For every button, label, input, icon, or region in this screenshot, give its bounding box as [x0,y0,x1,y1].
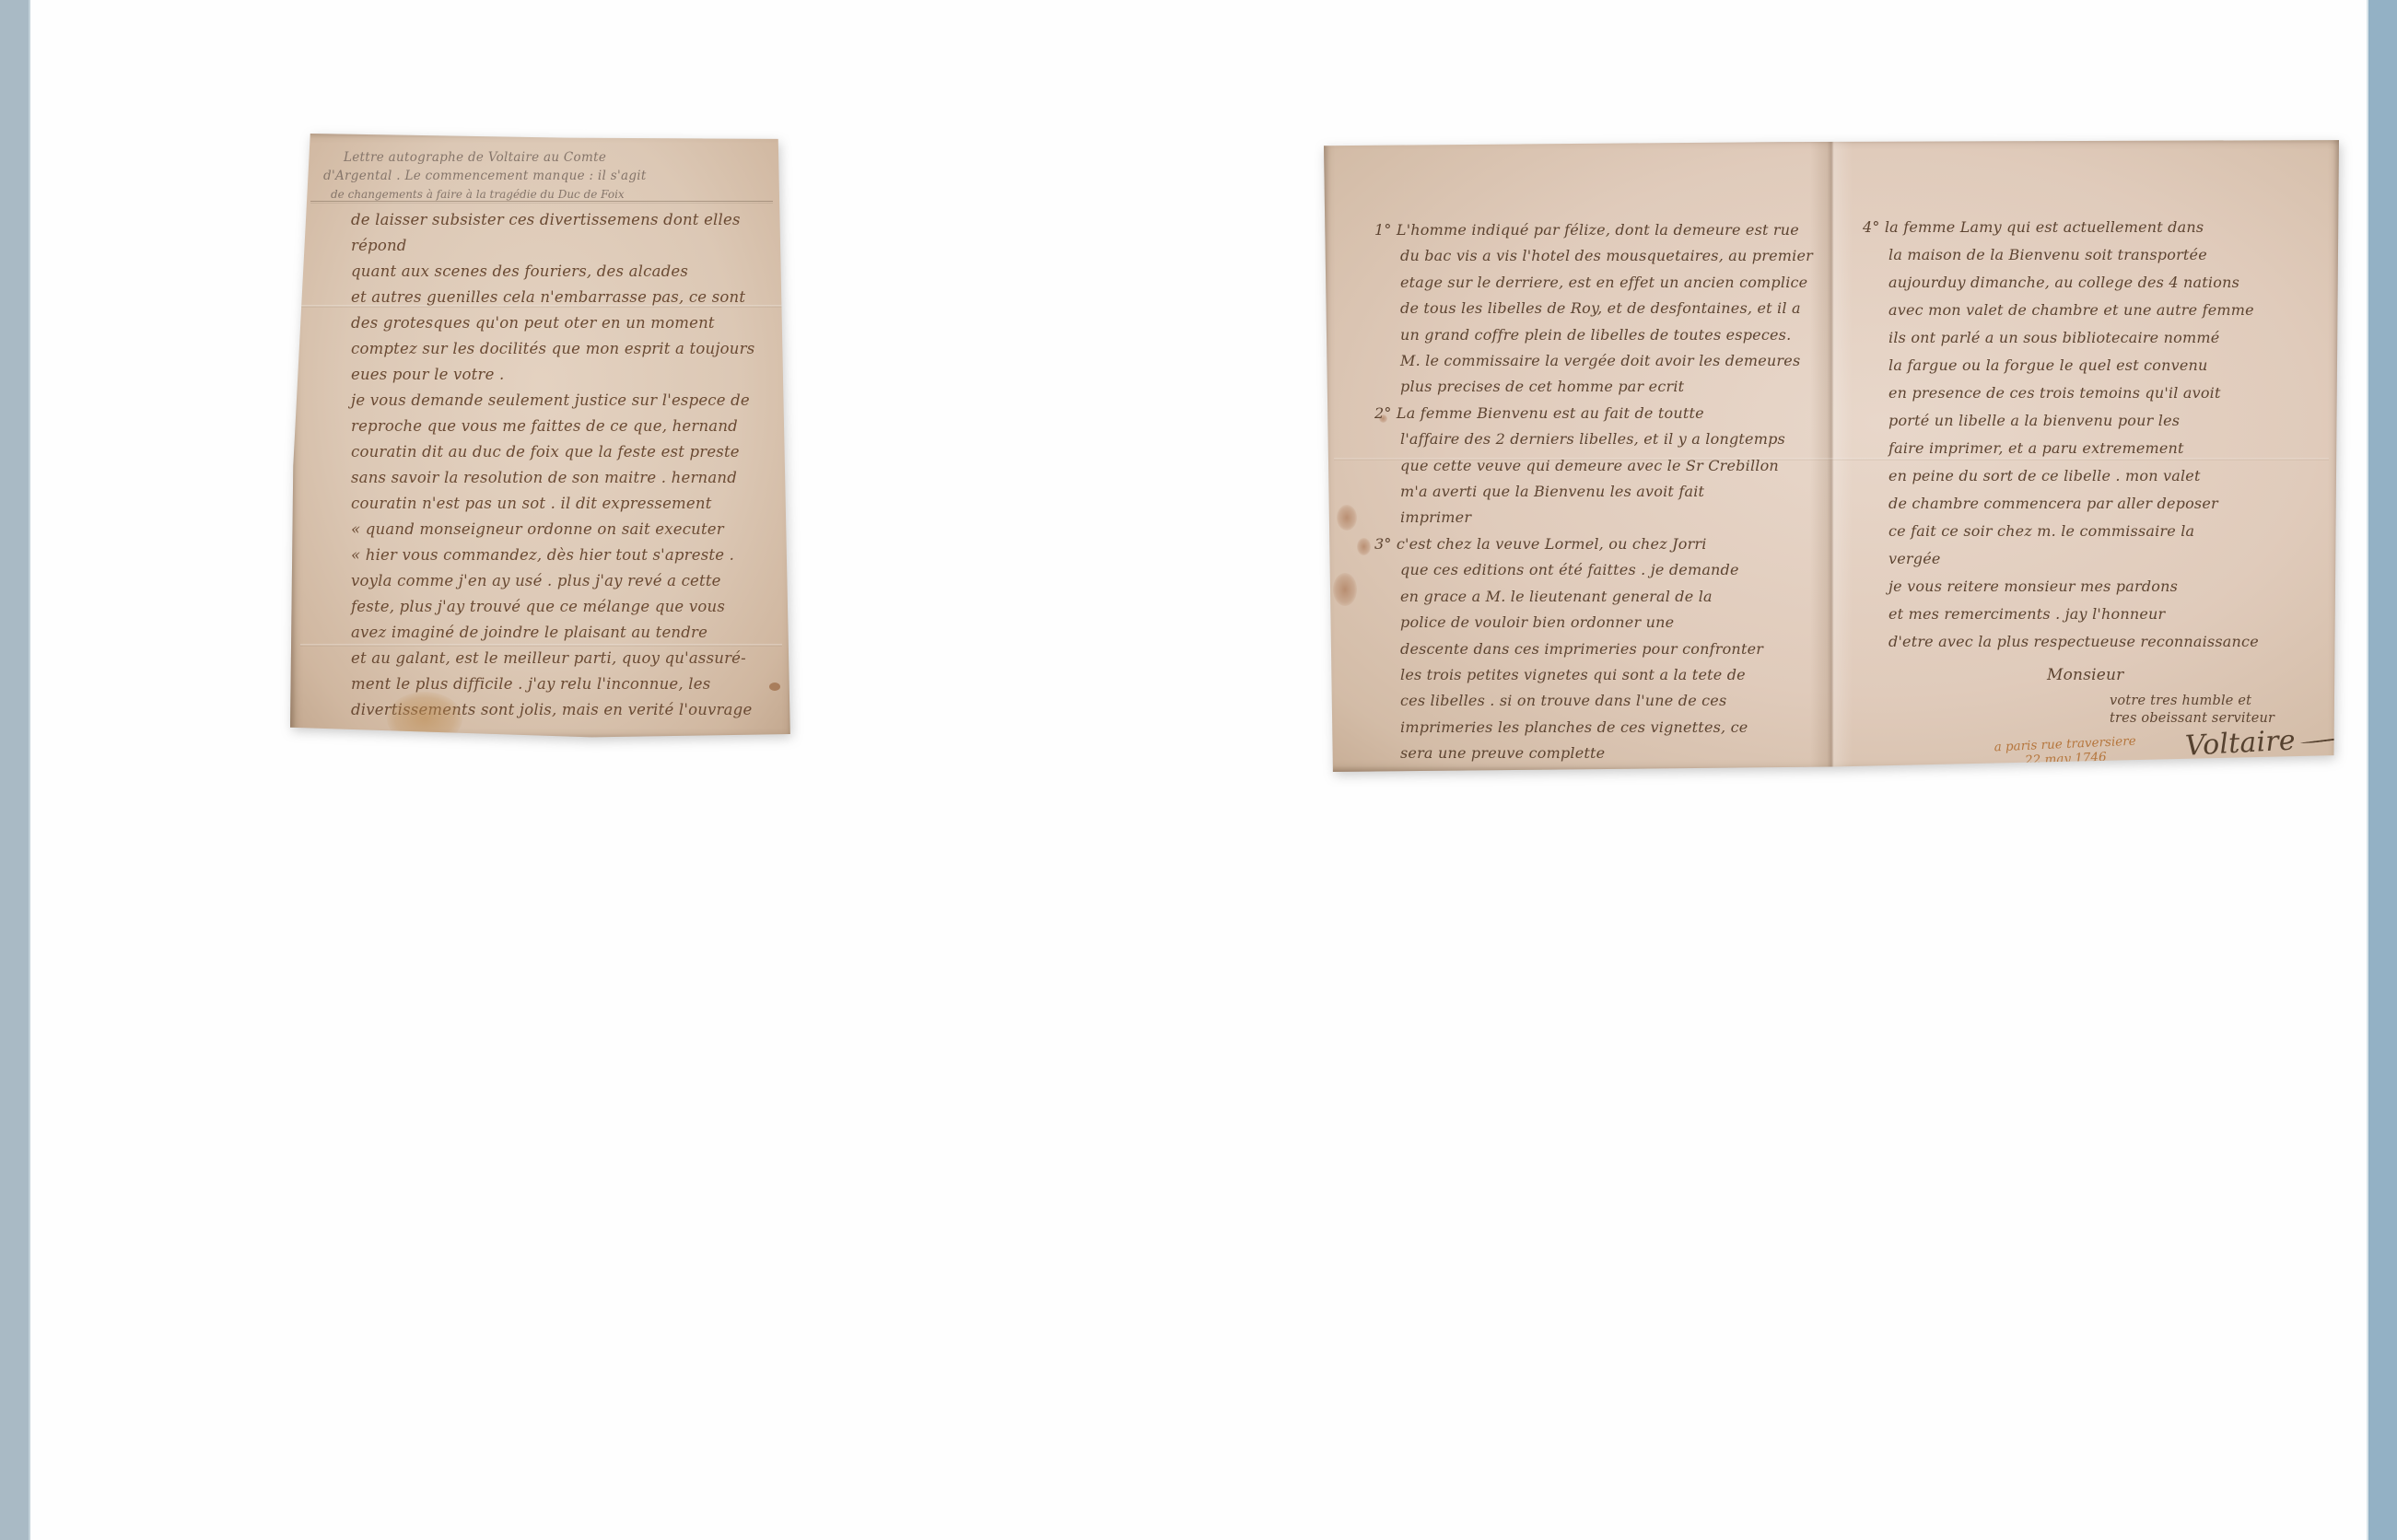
archivist-annotation: Lettre autographe de Voltaire au Comted'… [344,148,777,204]
manuscript-line: couratin dit au duc de foix que la feste… [351,439,786,465]
manuscript-line: eues pour le votre . [351,362,786,388]
foxing-spot [1333,573,1357,606]
manuscript-line: « quand monseigneur ordonne on sait exec… [351,517,786,542]
manuscript-line: comptez sur les docilités que mon esprit… [351,336,786,362]
manuscript-line: ces libelles . si on trouve dans l'une d… [1400,688,1828,714]
manuscript-line: je vous reitere monsieur mes pardons [1888,573,2316,601]
manuscript-line: porté un libelle a la bienvenu pour les [1888,407,2316,435]
manuscript-line: m'a averti que la Bienvenu les avoit fai… [1400,479,1828,505]
left-border-strip [0,0,30,1540]
letter2-right-page: 4° la femme Lamy qui est actuellement da… [1863,214,2316,757]
manuscript-line: que cette veuve qui demeure avec le Sr C… [1400,453,1828,479]
manuscript-line: quant aux scenes des fouriers, des alcad… [351,259,786,285]
manuscript-line: sera une preuve complette [1400,741,1828,766]
manuscript-line: et autres guenilles cela n'embarrasse pa… [351,285,786,310]
manuscript-line: les trois petites vignetes qui sont a la… [1400,662,1828,688]
signature-flourish [2300,734,2357,745]
manuscript-line: d'Argental . Le commencement manque : il… [323,167,777,185]
manuscript-line: reproche que vous me faittes de ce que, … [351,414,786,439]
letter-scan-pages2-3: 1° L'homme indiqué par félize, dont la d… [1324,138,2339,772]
manuscript-line: sans savoir la resolution de son maitre … [351,465,786,491]
salutation: Monsieur [2047,661,2316,689]
manuscript-line: l'affaire des 2 derniers libelles, et il… [1400,426,1828,452]
manuscript-line: que ces editions ont été faittes . je de… [1400,557,1828,583]
manuscript-line: couratin n'est pas un sot . il dit expre… [351,491,786,517]
manuscript-line: 4° la femme Lamy qui est actuellement da… [1863,214,2316,241]
manuscript-line: et mes remerciments . jay l'honneur [1888,601,2316,628]
manuscript-line: des grotesques qu'on peut oter en un mom… [351,310,786,336]
manuscript-line: de tous les libelles de Roy, et de desfo… [1400,296,1828,321]
manuscript-line: imprimer [1400,505,1828,531]
manuscript-line: de chambre commencera par aller deposer [1888,490,2316,518]
manuscript-line: ce fait ce soir chez m. le commissaire l… [1888,518,2316,545]
letter2-paper: 1° L'homme indiqué par félize, dont la d… [1324,138,2339,772]
voltaire-signature: Voltaire [2184,726,2316,760]
manuscript-line: aujourduy dimanche, au college des 4 nat… [1888,269,2316,297]
manuscript-line: en peine du sort de ce libelle . mon val… [1888,462,2316,490]
manuscript-line: plus precises de cet homme par ecrit [1400,374,1828,400]
manuscript-line: imprimeries les planches de ces vignette… [1400,715,1828,741]
manuscript-line: de laisser subsister ces divertissemens … [351,207,786,233]
manuscript-line: votre tres humble et [2110,693,2316,710]
manuscript-line: avez imaginé de joindre le plaisant au t… [351,620,786,646]
manuscript-line: je vous demande seulement justice sur l'… [351,388,786,414]
manuscript-line: ils ont parlé a un sous bibliotecaire no… [1888,324,2316,352]
manuscript-line: descente dans ces imprimeries pour confr… [1400,636,1828,662]
foxing-spot [1337,505,1357,531]
manuscript-line: « hier vous commandez, dès hier tout s'a… [351,542,786,568]
manuscript-line: d'etre avec la plus respectueuse reconna… [1888,628,2316,656]
letter1-manuscript-text: de laisser subsister ces divertissemens … [351,207,786,723]
manuscript-line: M. le commissaire la vergée doit avoir l… [1400,348,1828,374]
manuscript-line: Lettre autographe de Voltaire au Comte [344,148,777,167]
manuscript-line: en grace a M. le lieutenant general de l… [1400,584,1828,610]
manuscript-line: la fargue ou la forgue le quel est conve… [1888,352,2316,379]
manuscript-line: la maison de la Bienvenu soit transporté… [1888,241,2316,269]
signature-text: Voltaire [2184,724,2296,762]
letter2-left-page-text: 1° L'homme indiqué par félize, dont la d… [1374,217,1828,767]
right-border-strip [2367,0,2397,1540]
letter1-paper: Lettre autographe de Voltaire au Comted'… [290,132,792,740]
ink-fleck [769,682,780,691]
manuscript-line: 3° c'est chez la veuve Lormel, ou chez J… [1374,531,1828,557]
manuscript-line: faire imprimer, et a paru extremement [1888,435,2316,462]
letter-scan-page1: Lettre autographe de Voltaire au Comted'… [290,132,792,740]
manuscript-line: 1° L'homme indiqué par félize, dont la d… [1374,217,1828,243]
catalog-page: Lettre autographe de Voltaire au Comted'… [0,0,2397,1540]
manuscript-line: avec mon valet de chambre et une autre f… [1888,297,2316,324]
manuscript-line: 2° La femme Bienvenu est au fait de tout… [1374,401,1828,426]
manuscript-line: un grand coffre plein de libelles de tou… [1400,322,1828,348]
manuscript-line: feste, plus j'ay trouvé que ce mélange q… [351,594,786,620]
valediction: votre tres humble ettres obeissant servi… [2084,693,2316,728]
manuscript-line: etage sur le derriere, est en effet un a… [1400,270,1828,296]
manuscript-line: du bac vis a vis l'hotel des mousquetair… [1400,243,1828,269]
paper-stain [387,692,462,745]
manuscript-line: voyla comme j'en ay usé . plus j'ay revé… [351,568,786,594]
manuscript-line: répond [351,233,786,259]
annotation-divider [310,201,773,202]
manuscript-line: en presence de ces trois temoins qu'il a… [1888,379,2316,407]
manuscript-line: vergée [1888,545,2316,573]
manuscript-line: et au galant, est le meilleur parti, quo… [351,646,786,671]
letter2-right-page-text: 4° la femme Lamy qui est actuellement da… [1863,214,2316,656]
manuscript-line: police de vouloir bien ordonner une [1400,610,1828,636]
foxing-spot [1357,538,1371,555]
